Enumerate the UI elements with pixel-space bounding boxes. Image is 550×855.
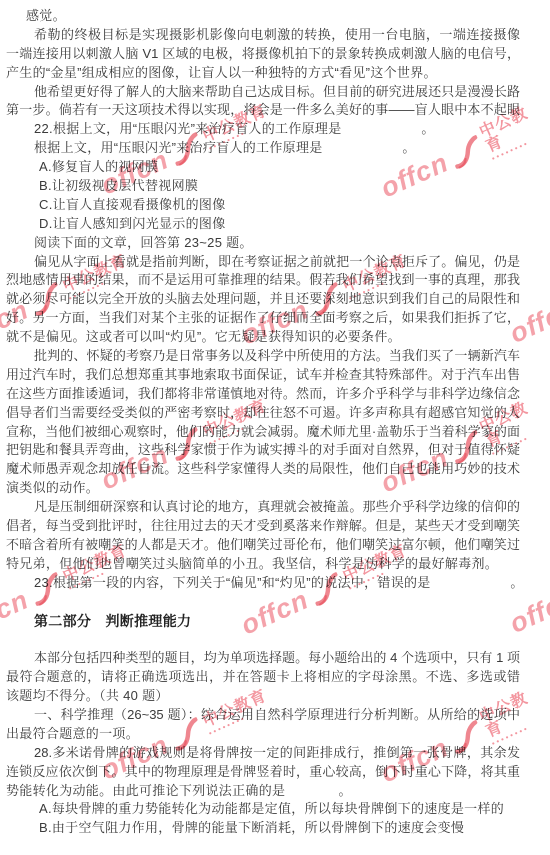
option-22-a: A.修复盲人的视网膜 bbox=[6, 158, 520, 177]
text-line: 一端连接用以刺激人脑 V1 区域的电极，将摄像机拍下的景象转换成刺激人脑的电信号… bbox=[6, 45, 520, 64]
text-line: 连锁反应依次倒下。其中的物理原理是骨牌竖着时，重心较高，倒下时重心下降，将其重力 bbox=[6, 763, 520, 782]
passage-instruction: 阅读下面的文章，回答第 23~25 题。 bbox=[6, 234, 520, 253]
text-line: 不暗含着所有被嘲笑的人都是天才。他们嘲笑过哥伦布，他们嘲笑过富尔顿，他们嘲笑过莱 bbox=[6, 536, 520, 555]
text-line: 就不是偏见。这或者可以叫“灼见”。它无疑是获得知识的必要条件。 bbox=[6, 328, 520, 347]
text-line: 烈地感情用事的结果，而不是运用可靠推理的结果。假若我们希望找到一事的真理，那我们 bbox=[6, 271, 520, 290]
text-line: 他希望更好得了解人的大脑来帮助自己达成目标。但目前的研究进展还只是漫漫长路的 bbox=[6, 83, 520, 102]
text-line: 出最符合题意的一项。 bbox=[6, 725, 520, 744]
text-line: 宣称，当他们被细心观察时，他们的能力就会减弱。魔术师尤里·盖勒乐于当着科学家的面 bbox=[6, 423, 520, 442]
text-line: 魔术师愚弄观念却放任自流。这些科学家懂得人类的局限性，他们自己也能用巧妙的技术表 bbox=[6, 460, 520, 479]
text-line: 该题均不得分。（共 40 题） bbox=[6, 687, 520, 706]
subsection-heading: 一、科学推理（26~35 题）：综合运用自然科学原理进行分析判断。从所给的选项中… bbox=[6, 706, 520, 725]
option-22-c: C.让盲人直接观看摄像机的图像 bbox=[6, 196, 520, 215]
question-28-continued: 势能转化为动能。由此可推论下列说法正确的是 。 bbox=[6, 782, 520, 801]
option-28-a: A.每块骨牌的重力势能转化为动能都是定值，所以每块骨牌倒下的速度是一样的 bbox=[6, 800, 520, 819]
text-line: 好。另一方面，当我们对某个主张的证据作了仔细而全面考察之后，如果我们拒拆了它，那 bbox=[6, 309, 520, 328]
text-line: 希勒的终极目标是实现摄影机影像向电刺激的转换，使用一台电脑，一端连接摄像机， bbox=[6, 26, 520, 45]
text-line: 特兄弟，但他们也曾嘲笑过头脑简单的小丑。我坚信，科学是伪科学的最好解毒剂。 bbox=[6, 555, 520, 574]
text-line: 用过汽车时，我们总想郑重其事地索取书面保证，试车并检查其特殊部件。对于汽车出售者 bbox=[6, 366, 520, 385]
text-line: 就必须尽可能以完全开放的头脑去处理问题，并且还要深刻地意识到我们自己的局限性和癖 bbox=[6, 290, 520, 309]
blank-line bbox=[6, 593, 520, 612]
blank-line bbox=[6, 630, 520, 649]
text-line: 把钥匙和餐具弄弯曲，这些科学家惯于作为诚实搏斗的对手面对自然界，但对于值得怀疑的 bbox=[6, 441, 520, 460]
option-28-b: B.由于空气阻力作用，骨牌的能量下断消耗，所以骨牌倒下的速度会变慢 bbox=[6, 819, 520, 838]
section-instruction: 本部分包括四种类型的题目，均为单项选择题。每小题给出的 4 个选项中，只有 1 … bbox=[6, 649, 520, 668]
text-line: 倡导者们当需要经受类似的严密考察时，却往往怒不可遏。许多声称具有超感官知觉的人也 bbox=[6, 404, 520, 423]
text-line: 感觉。 bbox=[6, 7, 520, 26]
exam-document-page: 感觉。希勒的终极目标是实现摄影机影像向电刺激的转换，使用一台电脑，一端连接摄像机… bbox=[6, 7, 520, 838]
text-line: 最符合题意的，请将正确选项选出，并在答题卡上将相应的字母涂黑。不选、多选或错选， bbox=[6, 668, 520, 687]
text-line: 在这些方面推诿遁词，我们都将非常谨慎地对待。然而，许多介乎科学与非科学边缘信念的 bbox=[6, 385, 520, 404]
question-22: 22.根据上文，用“压眼闪光”来治疗盲人的工作原理是 。 bbox=[6, 120, 520, 139]
text-line: 偏见从字面上看就是指前判断，即在考察证据之前就把一个论点拒斥了。偏见，仍是强 bbox=[6, 253, 520, 272]
option-22-d: D.让盲人感知到闪光显示的图像 bbox=[6, 215, 520, 234]
text-line: 产生的“金星”组成相应的图像，让盲人以一种独特的方式“看见”这个世界。 bbox=[6, 64, 520, 83]
text-line: 第一步。倘若有一天这项技术得以实现，将会是一件多么美好的事——盲人眼中本不起眼的 bbox=[6, 101, 520, 120]
question-28: 28.多米诺骨牌的游戏规则是将骨牌按一定的间距排成行，推倒第一张骨牌，其余发生 bbox=[6, 744, 520, 763]
question-22-duplicate: 根据上文，用“压眼闪光”来治疗盲人的工作原理是 。 bbox=[6, 139, 520, 158]
option-22-b: B.让初级视皮层代替视网膜 bbox=[6, 177, 520, 196]
text-line: 批判的、怀疑的考察乃是日常事务以及科学中所使用的方法。当我们买了一辆新汽车或 bbox=[6, 347, 520, 366]
text-line: 凡是压制细研深察和认真讨论的地方，真理就会被掩盖。那些介乎科学边缘的信仰的提 bbox=[6, 498, 520, 517]
text-line: 演类似的动作。 bbox=[6, 479, 520, 498]
text-line: 倡者，每当受到批评时，往往用过去的天才受到奚落来作辩解。但是，某些天才受到嘲笑并 bbox=[6, 517, 520, 536]
question-23: 23.根据第一段的内容，下列关于“偏见”和“灼见”的说法中，错误的是 。 bbox=[6, 574, 520, 593]
section-heading: 第二部分 判断推理能力 bbox=[6, 612, 520, 631]
